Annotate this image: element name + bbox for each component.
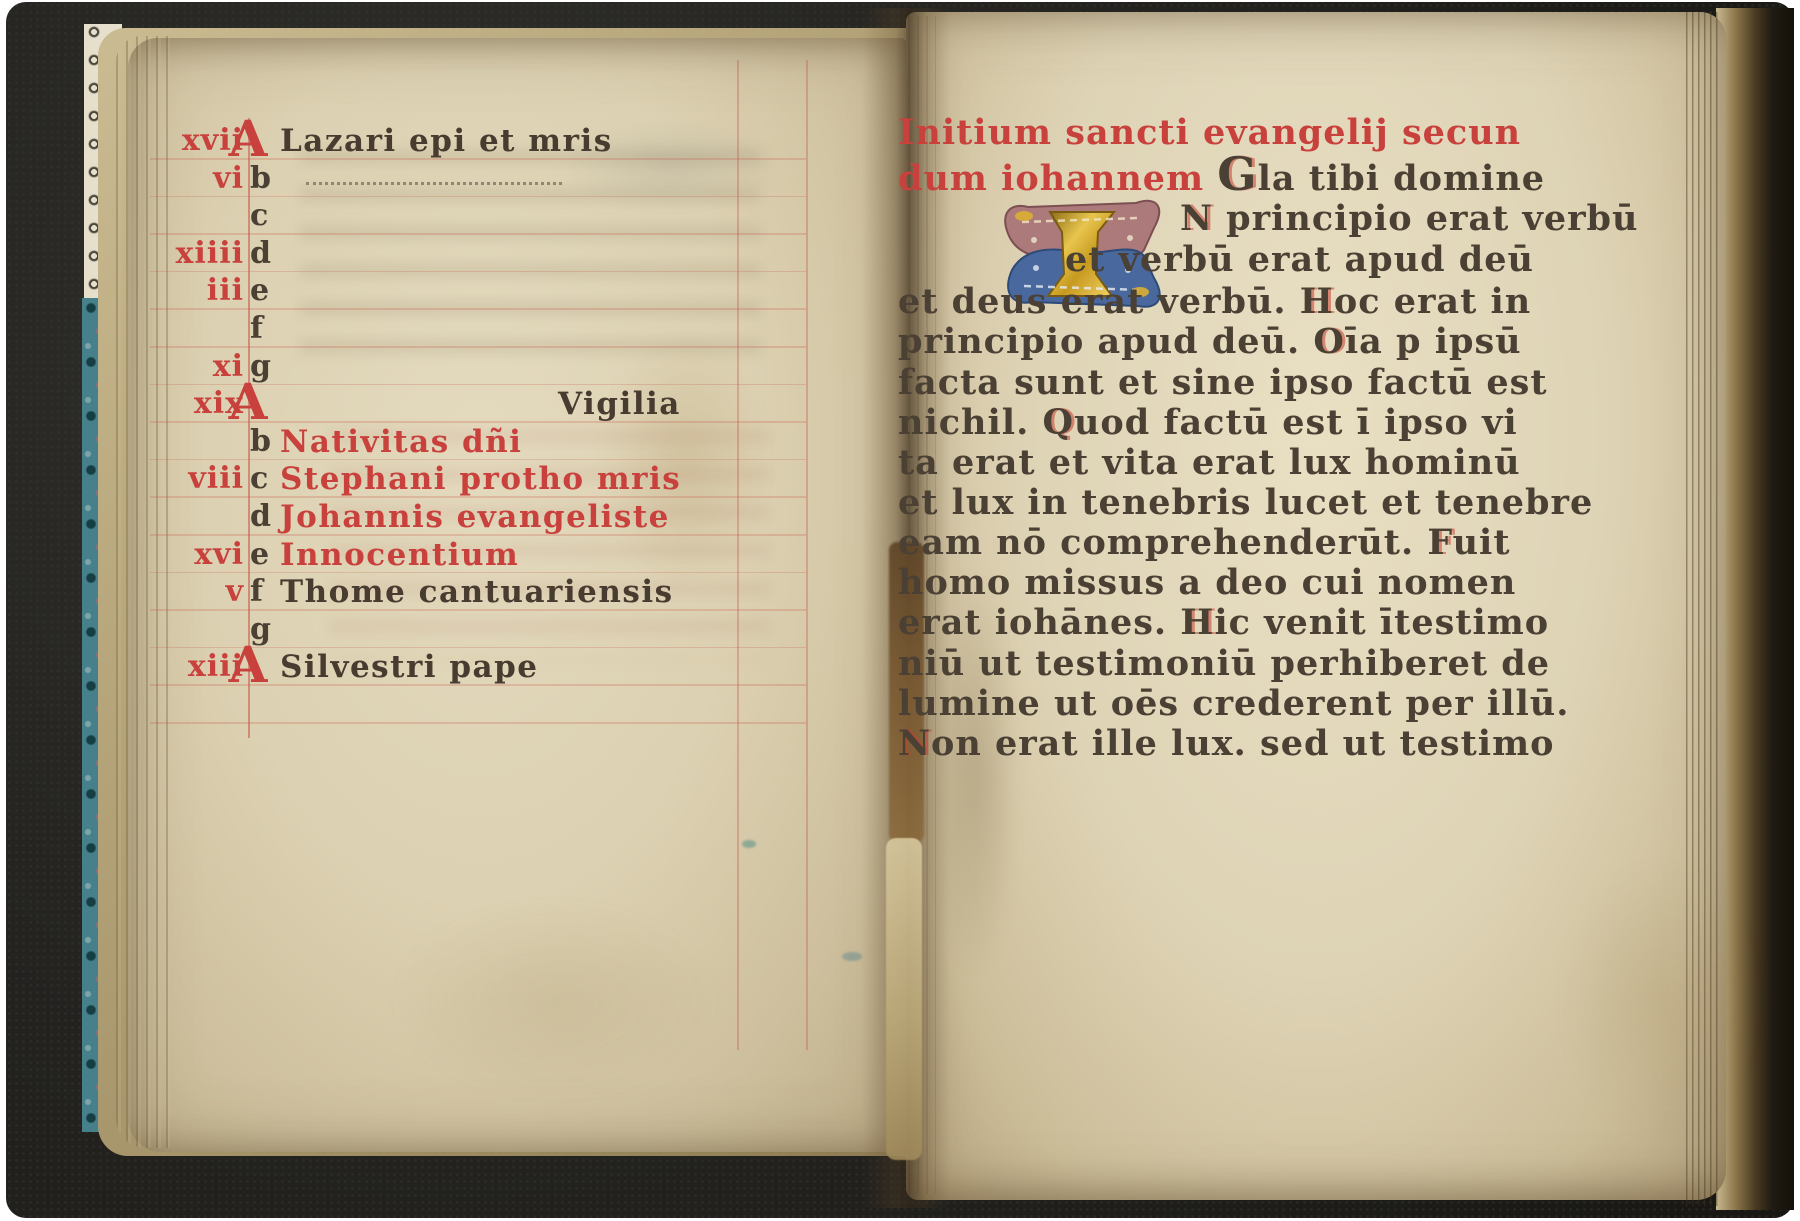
- golden-number: v: [128, 573, 244, 611]
- body-text: principio erat verbū: [1213, 198, 1638, 239]
- dominical-letter: A: [218, 648, 278, 682]
- calendar-row: vib: [0, 160, 780, 198]
- calendar-row: f: [0, 310, 780, 348]
- body-text: īa p ipsū: [1345, 321, 1522, 362]
- gospel-line: et deus erat verbū. Hoc erat in: [898, 281, 1531, 323]
- dominical-letter: d: [250, 235, 292, 273]
- right-fore-edge: [1716, 8, 1794, 1210]
- gospel-line: Non erat ille lux. sed ut testimo: [898, 723, 1554, 765]
- rubricated-capital: Q: [1042, 402, 1074, 443]
- body-text: la tibi domine: [1258, 158, 1545, 199]
- feast-entry: Johannis evangeliste: [280, 498, 670, 536]
- calendar-row: xviiALazari epi et mris: [0, 122, 780, 160]
- calendar-row: xiiiASilvestri pape: [0, 648, 780, 686]
- golden-number: vi: [128, 160, 244, 198]
- calendar-row: viiicStephani protho mris: [0, 460, 780, 498]
- golden-number: iii: [128, 272, 244, 310]
- rubricated-capital: F: [1427, 522, 1452, 563]
- calendar-row: iiie: [0, 272, 780, 310]
- feast-entry: Silvestri pape: [280, 648, 539, 686]
- ink-mark: [742, 840, 756, 848]
- feast-entry: Nativitas dñi: [280, 423, 522, 461]
- rubricated-capital: G: [1217, 147, 1257, 201]
- calendar-row: xvieInnocentium: [0, 536, 780, 574]
- feast-entry: Vigilia: [558, 385, 681, 423]
- body-text: oc erat in: [1334, 281, 1531, 322]
- dominical-letter: f: [250, 310, 292, 348]
- gospel-line: N principio erat verbū: [1180, 198, 1638, 240]
- body-text: facta sunt et sine ipso factū est: [898, 362, 1548, 403]
- body-text: eam nō comprehenderūt.: [898, 522, 1427, 563]
- ink-mark: [842, 952, 862, 961]
- body-text: nichil.: [898, 402, 1042, 443]
- body-text: et verbū erat apud deū: [1065, 239, 1534, 280]
- erasure-dotted-line: [306, 182, 562, 185]
- gospel-line: erat iohānes. Hic venit ītestimo: [898, 602, 1549, 644]
- gospel-line: et lux in tenebris lucet et tenebre: [898, 482, 1593, 524]
- body-text: uod factū est ī ipso vi: [1074, 402, 1518, 443]
- rubricated-capital: O: [1313, 321, 1345, 362]
- gospel-line: principio apud deū. Oīa p ipsū: [898, 321, 1522, 363]
- gospel-line: niū ut testimoniū perhiberet de: [898, 643, 1550, 685]
- body-text: et deus erat verbū.: [898, 281, 1300, 322]
- dominical-letter: A: [218, 385, 278, 419]
- body-text: on erat ille lux. sed ut testimo: [931, 723, 1554, 764]
- body-text: ic venit ītestimo: [1214, 602, 1549, 643]
- body-text: et lux in tenebris lucet et tenebre: [898, 482, 1593, 523]
- calendar-row: xixAVigilia: [0, 385, 780, 423]
- dominical-letter: c: [250, 197, 292, 235]
- rubricated-capital: N: [1180, 198, 1213, 239]
- spine-lower-wear: [886, 838, 922, 1160]
- dominical-letter: e: [250, 272, 292, 310]
- golden-number: xi: [128, 348, 244, 386]
- calendar-row: dJohannis evangeliste: [0, 498, 780, 536]
- body-text: homo missus a deo cui nomen: [898, 562, 1516, 603]
- calendar-row: c: [0, 197, 780, 235]
- gospel-line: et verbū erat apud deū: [1065, 239, 1534, 281]
- feast-entry: Lazari epi et mris: [280, 122, 613, 160]
- gospel-line: facta sunt et sine ipso factū est: [898, 362, 1548, 404]
- gospel-line: eam nō comprehenderūt. Fuit: [898, 522, 1511, 564]
- body-text: uit: [1453, 522, 1511, 563]
- calendar-rule-horizontal: [150, 722, 806, 724]
- rubricated-capital: H: [1180, 602, 1214, 643]
- body-text: lumine ut oēs crederent per illū.: [898, 683, 1569, 724]
- gospel-line: lumine ut oēs crederent per illū.: [898, 683, 1569, 725]
- gospel-line: Initium sancti evangelij secun: [898, 112, 1521, 154]
- calendar-row: vfThome cantuariensis: [0, 573, 780, 611]
- body-text: principio apud deū.: [898, 321, 1313, 362]
- body-text: ta erat et vita erat lux hominū: [898, 442, 1521, 483]
- feast-entry: Innocentium: [280, 536, 519, 574]
- golden-number: viii: [128, 460, 244, 498]
- rubricated-capital: N: [898, 723, 931, 764]
- rubric-text: dum iohannem: [898, 158, 1217, 199]
- calendar-row: bNativitas dñi: [0, 423, 780, 461]
- fore-edge-page-lines: [1686, 12, 1720, 1206]
- manuscript-photo: xviiALazari epi et mrisvibcxiiiidiiiefxi…: [0, 0, 1800, 1221]
- rubric-text: Initium sancti evangelij secun: [898, 112, 1521, 153]
- dominical-letter: A: [218, 122, 278, 156]
- gospel-line: dum iohannem Gla tibi domine: [898, 153, 1545, 195]
- body-text: erat iohānes.: [898, 602, 1180, 643]
- rubricated-capital: H: [1300, 281, 1334, 322]
- gospel-line: homo missus a deo cui nomen: [898, 562, 1516, 604]
- golden-number: xiiii: [128, 235, 244, 273]
- calendar-rule-vertical: [806, 60, 808, 1050]
- calendar-row: g: [0, 611, 780, 649]
- calendar-row: xig: [0, 348, 780, 386]
- gospel-line: nichil. Quod factū est ī ipso vi: [898, 402, 1518, 444]
- body-text: niū ut testimoniū perhiberet de: [898, 643, 1550, 684]
- feast-entry: Stephani protho mris: [280, 460, 681, 498]
- dominical-letter: b: [250, 160, 292, 198]
- feast-entry: Thome cantuariensis: [280, 573, 674, 611]
- gospel-line: ta erat et vita erat lux hominū: [898, 442, 1521, 484]
- golden-number: xvi: [128, 536, 244, 574]
- calendar-row: xiiiid: [0, 235, 780, 273]
